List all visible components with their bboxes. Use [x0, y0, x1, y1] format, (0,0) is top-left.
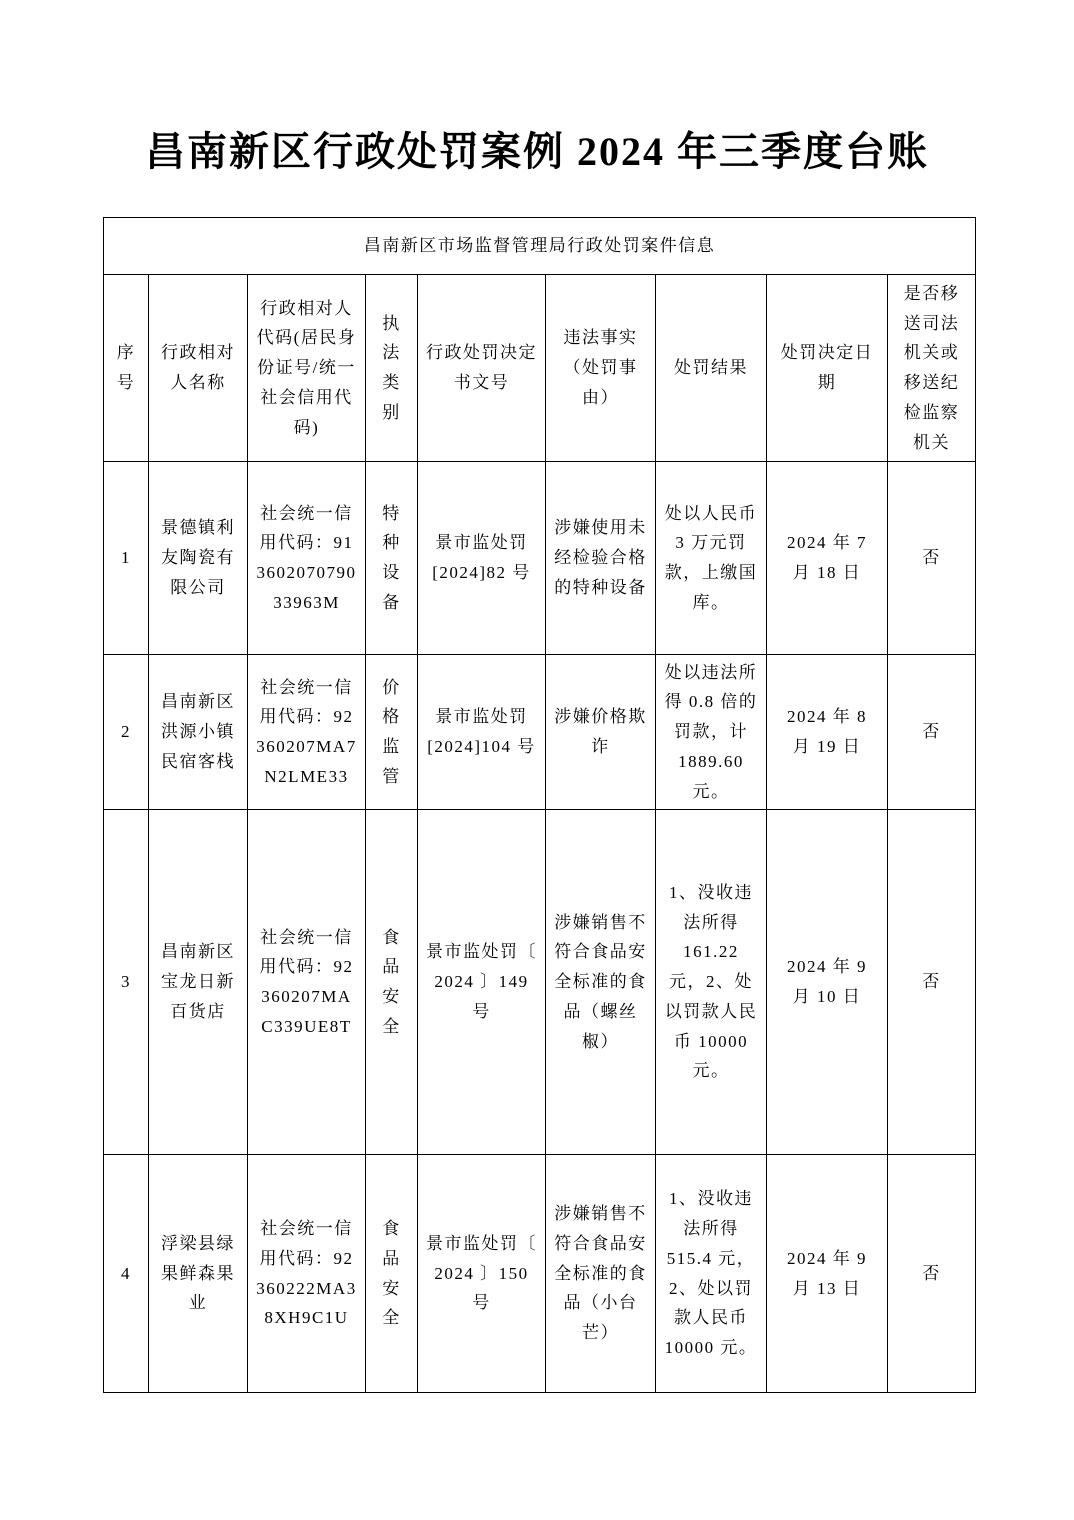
- col-header-transfer-status: 是否移送司法机关或移送纪检监察机关: [888, 275, 976, 462]
- cell-decision-number: 景市监处罚〔 2024 〕150 号: [418, 1155, 546, 1393]
- cell-decision-date: 2024 年 9 月 10 日: [767, 810, 888, 1155]
- cell-enforcement-type: 食品安全: [366, 810, 418, 1155]
- cell-penalty-result: 1、没收违法所得 161.22 元，2、处以罚款人民币 10000 元。: [656, 810, 767, 1155]
- cell-serial: 1: [104, 462, 149, 655]
- cell-decision-number: 景市监处罚[2024]104 号: [418, 655, 546, 810]
- col-header-decision-number: 行政处罚决定书文号: [418, 275, 546, 462]
- table-title: 昌南新区市场监督管理局行政处罚案件信息: [104, 218, 976, 275]
- cell-party-name: 昌南新区洪源小镇民宿客栈: [149, 655, 248, 810]
- cell-transfer-status: 否: [888, 810, 976, 1155]
- cell-party-name: 昌南新区宝龙日新百货店: [149, 810, 248, 1155]
- table-row-1: 1 景德镇利友陶瓷有限公司 社会统一信用代码：91360207079033963…: [104, 462, 976, 655]
- cell-penalty-result: 处以违法所得 0.8 倍的罚款，计 1889.60 元。: [656, 655, 767, 810]
- cell-penalty-result: 1、没收违法所得 515.4 元，2、处以罚款人民币 10000 元。: [656, 1155, 767, 1393]
- cell-serial: 2: [104, 655, 149, 810]
- cell-transfer-status: 否: [888, 1155, 976, 1393]
- table-title-row: 昌南新区市场监督管理局行政处罚案件信息: [104, 218, 976, 275]
- penalty-table: 昌南新区市场监督管理局行政处罚案件信息 序号 行政相对人名称 行政相对人代码(居…: [103, 217, 976, 1393]
- cell-decision-date: 2024 年 7 月 18 日: [767, 462, 888, 655]
- cell-party-name: 浮梁县绿果鲜森果业: [149, 1155, 248, 1393]
- cell-party-code: 社会统一信用代码：92360207MA7N2LME33: [248, 655, 366, 810]
- cell-decision-number: 景市监处罚〔 2024 〕149 号: [418, 810, 546, 1155]
- cell-enforcement-type: 价格监管: [366, 655, 418, 810]
- table-row-3: 3 昌南新区宝龙日新百货店 社会统一信用代码：92360207MAC339UE8…: [104, 810, 976, 1155]
- cell-party-code: 社会统一信用代码：92360207MAC339UE8T: [248, 810, 366, 1155]
- cell-transfer-status: 否: [888, 462, 976, 655]
- cell-party-code: 社会统一信用代码：92360222MA38XH9C1U: [248, 1155, 366, 1393]
- col-header-party-name: 行政相对人名称: [149, 275, 248, 462]
- cell-violation-facts: 涉嫌销售不符合食品安全标准的食品（小台芒）: [546, 1155, 656, 1393]
- col-header-decision-date: 处罚决定日期: [767, 275, 888, 462]
- col-header-penalty-result: 处罚结果: [656, 275, 767, 462]
- cell-violation-facts: 涉嫌使用未经检验合格的特种设备: [546, 462, 656, 655]
- cell-serial: 3: [104, 810, 149, 1155]
- cell-decision-date: 2024 年 9 月 13 日: [767, 1155, 888, 1393]
- page-title: 昌南新区行政处罚案例 2024 年三季度台账: [0, 128, 1074, 176]
- col-header-enforcement-type: 执法类别: [366, 275, 418, 462]
- table-header-row: 序号 行政相对人名称 行政相对人代码(居民身份证号/统一社会信用代码) 执法类别…: [104, 275, 976, 462]
- cell-penalty-result: 处以人民币 3 万元罚款，上缴国库。: [656, 462, 767, 655]
- col-header-party-code: 行政相对人代码(居民身份证号/统一社会信用代码): [248, 275, 366, 462]
- cell-decision-date: 2024 年 8 月 19 日: [767, 655, 888, 810]
- cell-enforcement-type: 特种设备: [366, 462, 418, 655]
- cell-decision-number: 景市监处罚[2024]82 号: [418, 462, 546, 655]
- cell-party-code: 社会统一信用代码：91360207079033963M: [248, 462, 366, 655]
- cell-transfer-status: 否: [888, 655, 976, 810]
- col-header-violation-facts: 违法事实（处罚事由）: [546, 275, 656, 462]
- document-page: 昌南新区行政处罚案例 2024 年三季度台账 昌南新区市场监督管理局行政处罚案件…: [0, 0, 1074, 1520]
- cell-serial: 4: [104, 1155, 149, 1393]
- cell-violation-facts: 涉嫌销售不符合食品安全标准的食品（螺丝椒）: [546, 810, 656, 1155]
- cell-party-name: 景德镇利友陶瓷有限公司: [149, 462, 248, 655]
- cell-enforcement-type: 食品安全: [366, 1155, 418, 1393]
- col-header-serial: 序号: [104, 275, 149, 462]
- table-row-2: 2 昌南新区洪源小镇民宿客栈 社会统一信用代码：92360207MA7N2LME…: [104, 655, 976, 810]
- table-row-4: 4 浮梁县绿果鲜森果业 社会统一信用代码：92360222MA38XH9C1U …: [104, 1155, 976, 1393]
- cell-violation-facts: 涉嫌价格欺诈: [546, 655, 656, 810]
